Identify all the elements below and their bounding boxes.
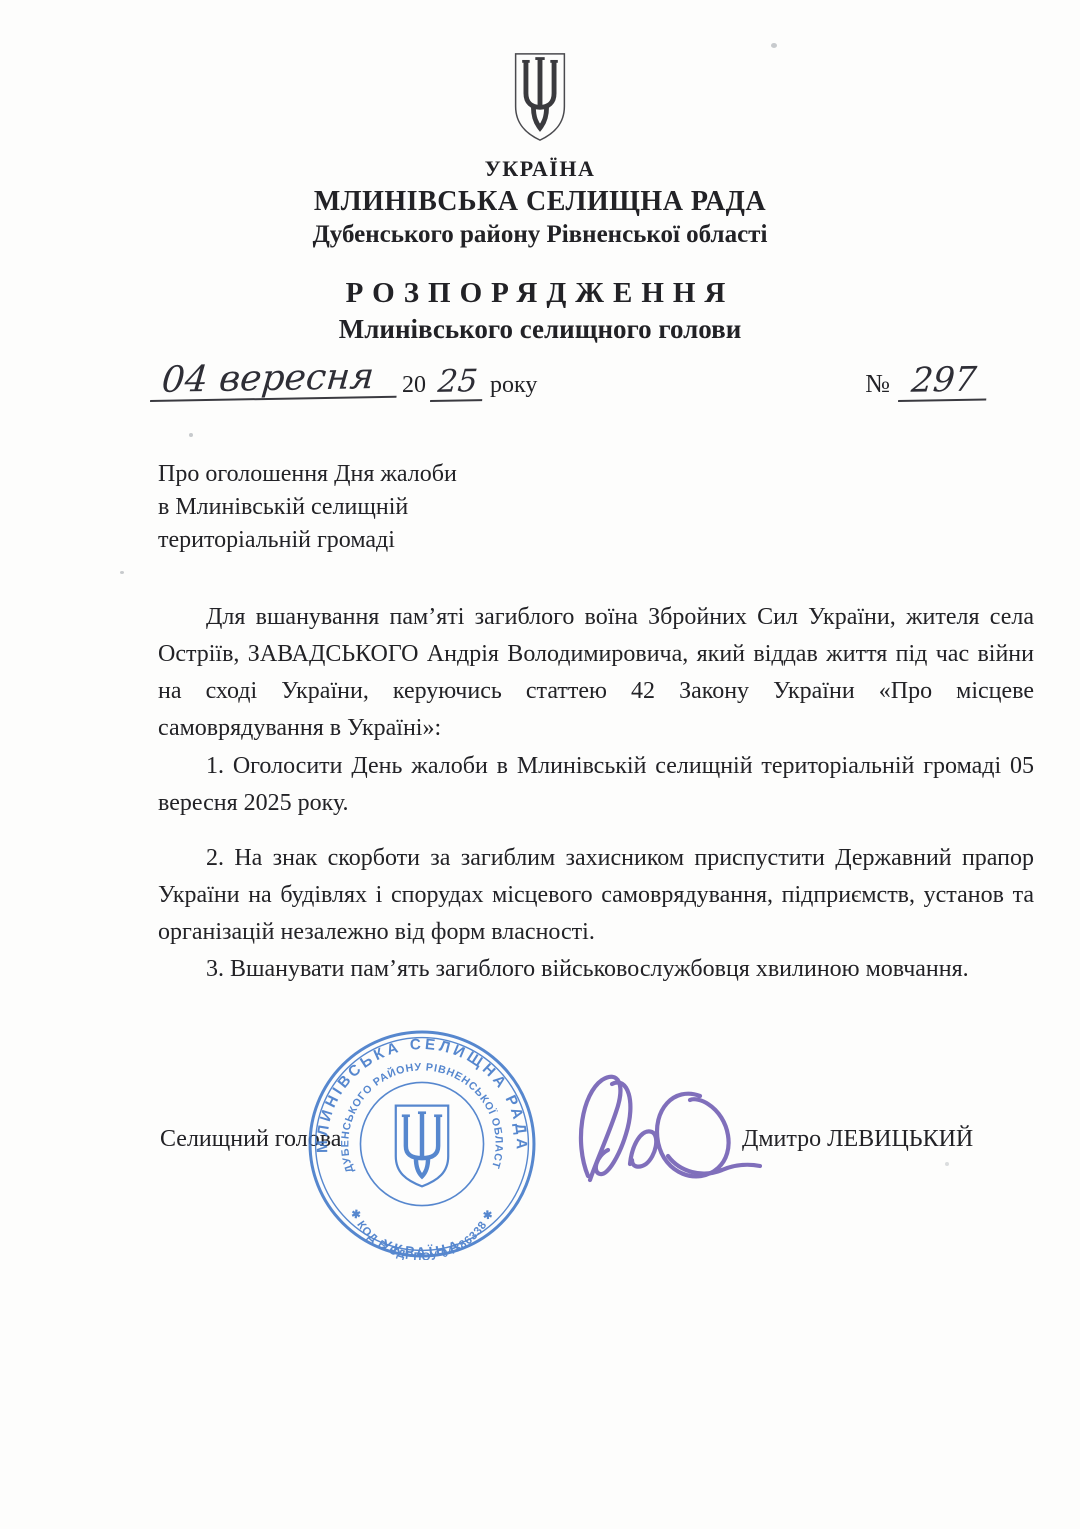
subject-block: Про оголошення Дня жалоби в Млинівській … <box>158 458 457 557</box>
scan-speck <box>771 43 777 48</box>
subject-line: територіальній громаді <box>158 524 457 557</box>
scan-speck <box>189 433 193 437</box>
district-title: Дубенського району Рівненської області <box>0 221 1080 249</box>
scan-speck <box>945 1162 949 1166</box>
handwritten-date-field: 04 вересня <box>150 358 400 402</box>
date-group: 04 вересня 20 25 року <box>150 362 537 402</box>
document-page: УКРАЇНА МЛИНІВСЬКА СЕЛИЩНА РАДА Дубенськ… <box>0 0 1080 1529</box>
reference-row: 04 вересня 20 25 року № 297 <box>150 356 986 402</box>
council-title: МЛИНІВСЬКА СЕЛИЩНА РАДА <box>0 186 1080 218</box>
body-intro-paragraph: Для вшанування пам’яті загиблого воїна З… <box>158 599 1034 747</box>
country-title: УКРАЇНА <box>0 156 1080 182</box>
handwritten-year-field: 25 <box>430 363 485 402</box>
ukraine-trident-emblem-icon <box>510 50 570 144</box>
scan-speck <box>120 571 124 574</box>
number-group: № 297 <box>865 362 986 402</box>
handwritten-signature <box>572 1054 762 1202</box>
signer-name-label: Дмитро ЛЕВИЦЬКИЙ <box>742 1126 973 1153</box>
handwritten-number-field: 297 <box>898 360 990 402</box>
year-suffix-label: року <box>482 372 537 402</box>
number-sign-label: № <box>865 369 898 402</box>
year-prefix-label: 20 <box>396 372 430 402</box>
subject-line: в Млинівській селищній <box>158 491 457 524</box>
body-item-2: 2. На знак скорботи за загиблим захисник… <box>158 840 1034 951</box>
document-header: УКРАЇНА МЛИНІВСЬКА СЕЛИЩНА РАДА Дубенськ… <box>0 50 1080 345</box>
official-round-stamp: МЛИНІВСЬКА СЕЛИЩНА РАДА ДУБЕНСЬКОГО РАЙО… <box>306 1028 538 1260</box>
body-item-1: 1. Оголосити День жалоби в Млинівській с… <box>158 748 1034 822</box>
document-author-title: Млинівського селищного голови <box>0 314 1080 345</box>
subject-line: Про оголошення Дня жалоби <box>158 458 457 491</box>
body-item-3: 3. Вшанувати пам’ять загиблого військово… <box>158 951 1034 988</box>
document-type-title: РОЗПОРЯДЖЕННЯ <box>0 277 1080 310</box>
stamp-trident-emblem-icon <box>396 1106 448 1187</box>
